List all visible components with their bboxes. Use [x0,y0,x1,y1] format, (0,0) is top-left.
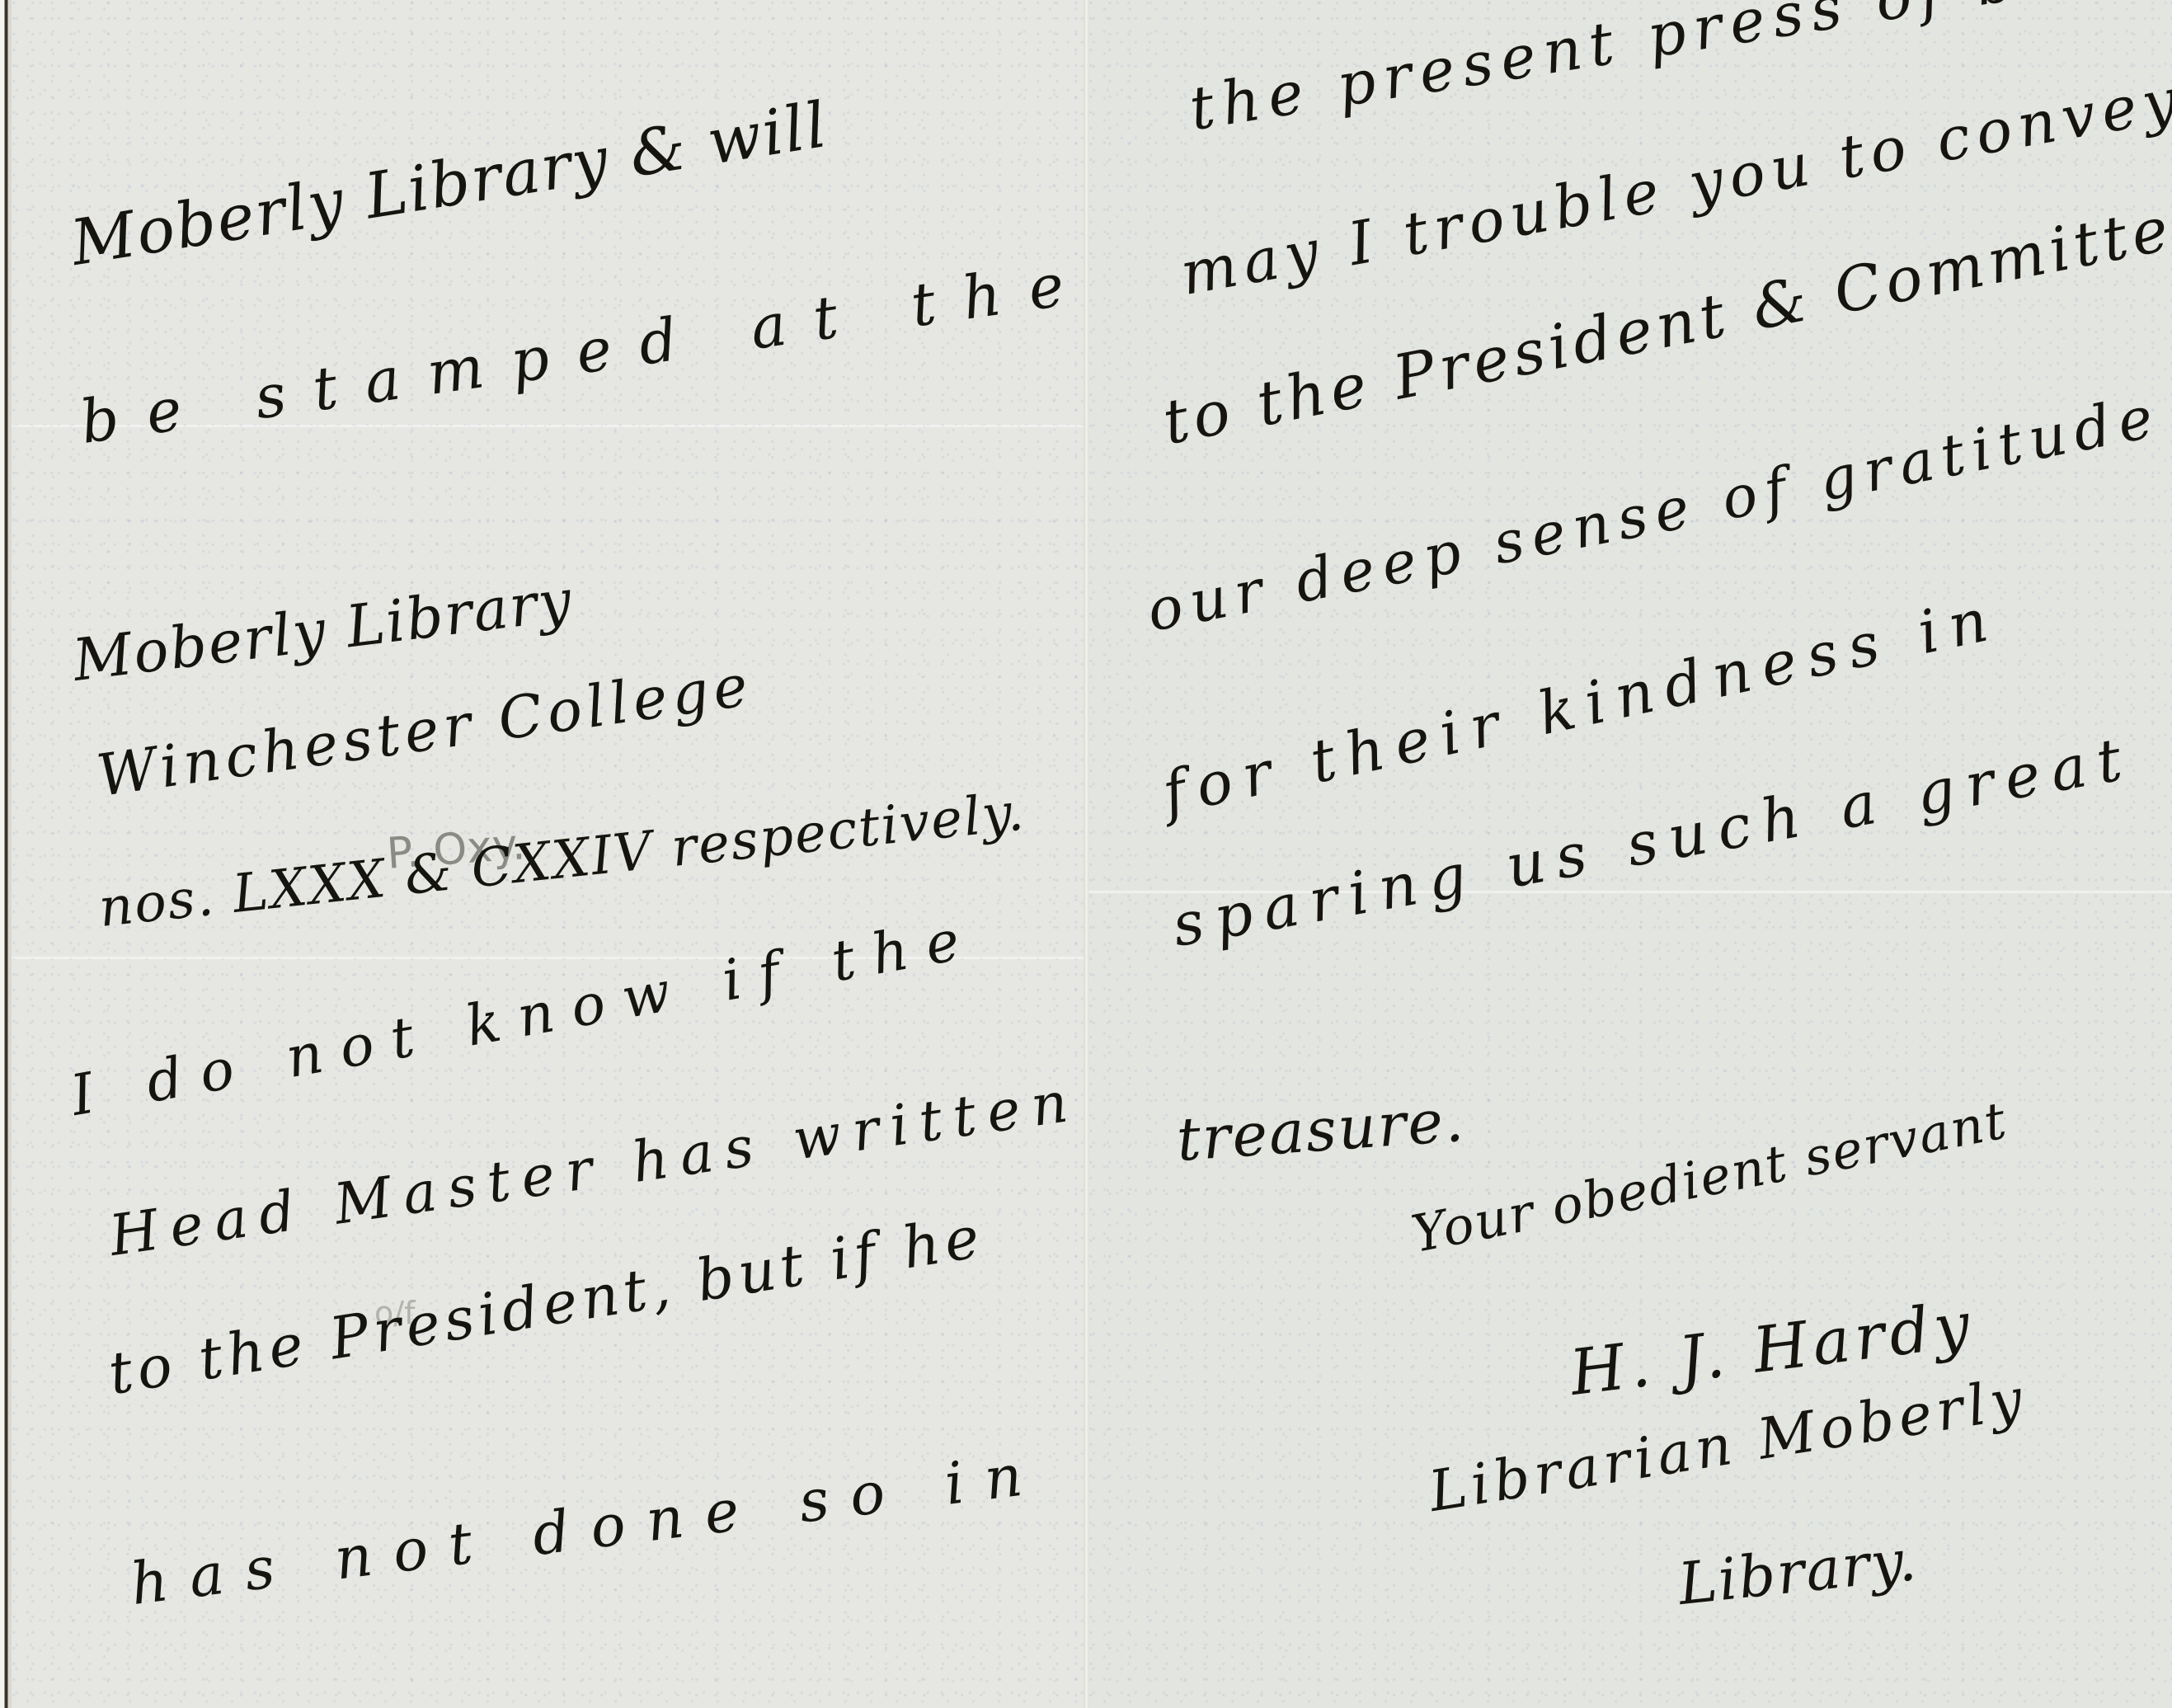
letter-line: has not done so in [127,1439,1047,1618]
letter-line: I do not know if the [66,906,982,1129]
page-edge [0,0,12,1708]
letter-line: nos. LXXX & CXXIV respectively. [96,781,1027,939]
left-page: Moberly Library & will be stamped at the… [12,0,1088,1708]
signature-title: Library. [1675,1526,1920,1618]
right-page: the present press of business may I trou… [1088,0,2172,1708]
letter-line: Moberly Library & will [66,87,833,280]
closing-line: Your obedient servant [1407,1089,2012,1264]
address-line: Moberly Library [69,566,576,694]
letter-line: treasure. [1174,1085,1467,1174]
letter-spread: Moberly Library & will be stamped at the… [0,0,2172,1708]
